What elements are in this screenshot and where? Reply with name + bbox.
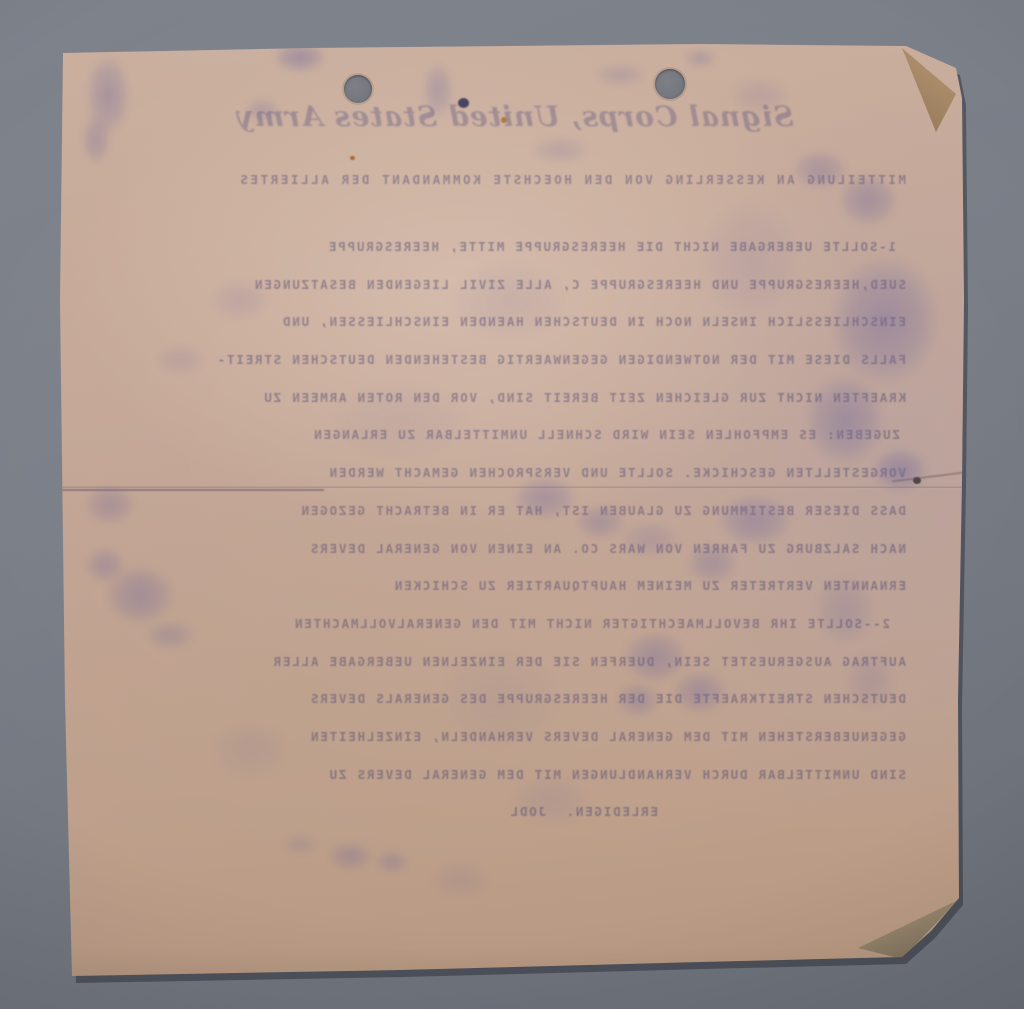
document-photo: Signal Corps, United States Army MITTEIL… <box>0 0 1024 1009</box>
ink-stain <box>623 631 687 683</box>
ink-stain <box>328 842 372 870</box>
subject-line: MITTEILUNG AN KESSERLING VON DEN HOECHST… <box>140 172 906 187</box>
ink-stain <box>85 547 125 583</box>
ink-stain <box>838 174 898 226</box>
typed-line: FALLS DIESE MIT DER NOTWENDIGEN GEGENWAE… <box>134 341 906 379</box>
ink-stain <box>84 485 136 525</box>
ink-stain <box>686 543 738 583</box>
ink-stain <box>792 150 848 190</box>
ink-stain <box>530 136 590 164</box>
ink-stain <box>684 48 716 68</box>
ink-stain <box>717 494 793 546</box>
ink-stain <box>595 63 645 87</box>
ink-stain <box>830 255 940 385</box>
ink-stain <box>845 650 895 710</box>
ink-stain <box>155 345 205 375</box>
punch-hole-right <box>655 69 685 99</box>
typed-line: KRAEFTEN NICHT ZUR GLEICHEN ZEIT BEREIT … <box>134 379 906 417</box>
ink-stain <box>700 200 800 320</box>
ink-stain <box>274 41 326 73</box>
ink-stain <box>513 476 577 520</box>
ink-stain <box>815 575 875 645</box>
ink-stain <box>730 77 790 113</box>
ink-stain <box>81 115 111 165</box>
ink-stain <box>145 620 195 650</box>
punch-hole-left <box>344 75 372 103</box>
ink-stain <box>430 862 490 898</box>
ink-stain <box>282 835 318 855</box>
ink-stain <box>672 670 728 714</box>
ink-stain <box>448 260 568 340</box>
dark-speck-right-edge <box>913 477 921 484</box>
ink-stain <box>872 448 928 492</box>
ink-stain <box>616 682 660 718</box>
rust-speck-small <box>350 156 355 160</box>
ink-stain <box>510 775 590 825</box>
paper-sheet: Signal Corps, United States Army MITTEIL… <box>0 0 1024 1009</box>
ink-stain <box>805 375 885 465</box>
letterhead-text: Signal Corps, United States Army <box>225 100 805 133</box>
ink-stain <box>440 650 560 750</box>
ink-stain <box>375 851 409 873</box>
rust-speck <box>501 117 507 123</box>
typed-line: NACH SALZBURG ZU FAHREN VON WARS CO. AN … <box>134 530 906 568</box>
ink-speck <box>458 98 469 108</box>
ink-stain <box>422 62 454 118</box>
ink-stain <box>244 98 280 122</box>
corner-fold-top-right <box>898 44 968 136</box>
typed-line: ERNANNTEN VERTRETER ZU MEINEM HAUPTQUART… <box>134 567 906 605</box>
ink-stain <box>330 380 470 460</box>
ink-stain <box>620 522 680 558</box>
ink-stain <box>210 720 290 780</box>
typed-line: ZUGEBEN: ES EMPFOHLEN SEIN WIRD SCHNELL … <box>134 416 906 454</box>
ink-stain <box>574 504 626 540</box>
ink-stain <box>210 280 270 320</box>
corner-fold-bottom-right <box>840 890 965 965</box>
typed-line: 2--SOLLTE IHR BEVOLLMAECHTIGTER NICHT MI… <box>134 605 906 643</box>
